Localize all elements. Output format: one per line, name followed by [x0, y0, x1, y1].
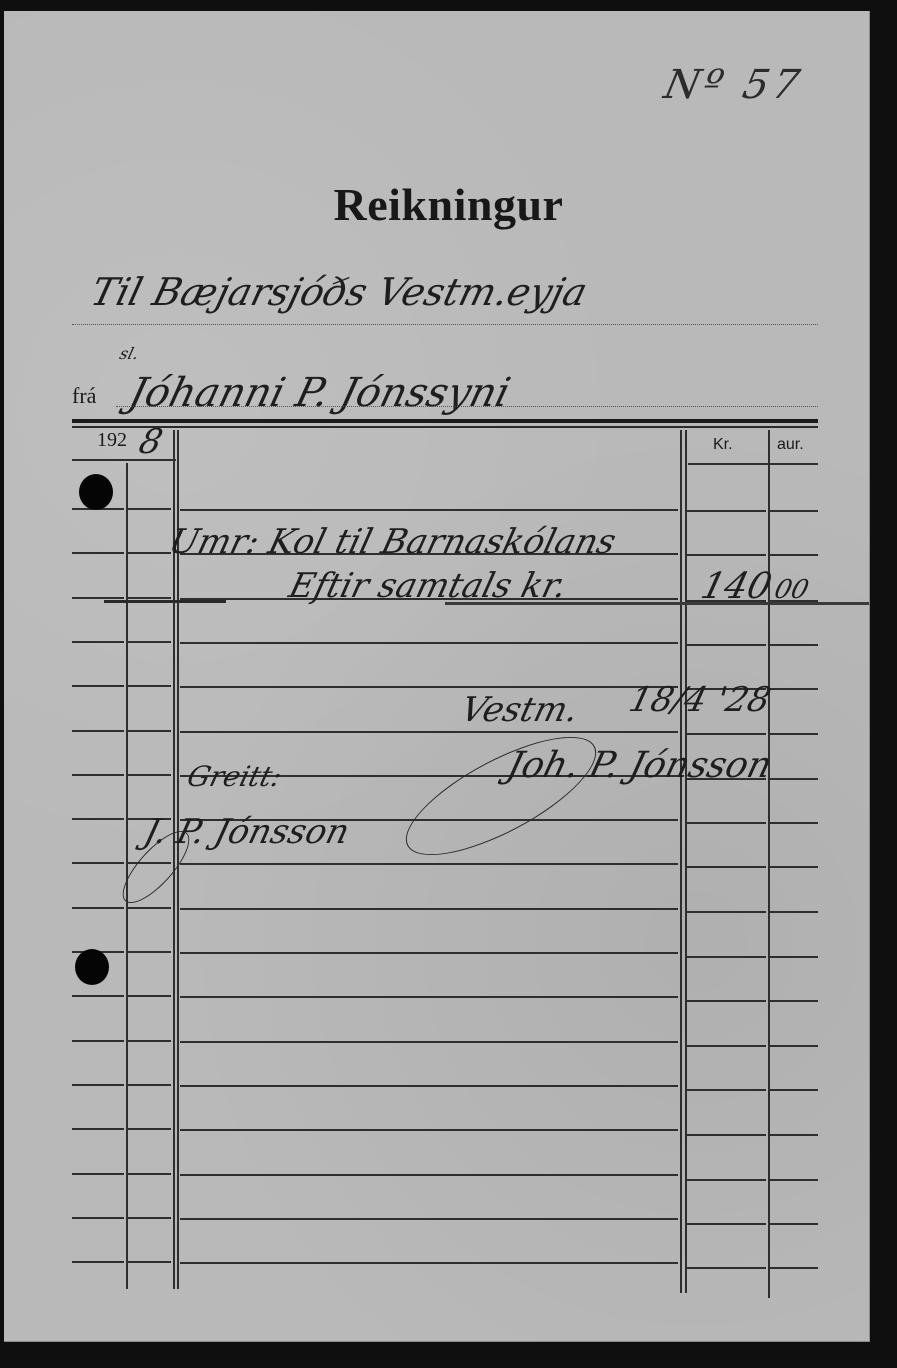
ledger-row-line: [687, 822, 766, 824]
ledger-row-line: [72, 818, 124, 820]
ledger-row-line: [687, 1223, 766, 1225]
ledger-row-line: [128, 597, 171, 599]
ledger-row-line: [72, 1040, 124, 1042]
year-underline: [72, 459, 176, 461]
ledger-row-line: [128, 552, 171, 554]
ledger-row-line: [770, 733, 818, 735]
ledger-row-line: [770, 778, 818, 780]
column-header-kr: Kr.: [713, 436, 733, 454]
page-title: Reikningur: [0, 178, 897, 231]
ledger-row-line: [72, 1128, 124, 1130]
ledger-row-line: [687, 644, 766, 646]
invoice-number: Nº 57: [660, 62, 807, 108]
ledger-row-line: [72, 597, 124, 599]
ledger-row-line: [128, 774, 171, 776]
ledger-row-line: [770, 644, 818, 646]
ledger-row-line: [180, 1218, 678, 1220]
year-printed: 192: [97, 429, 127, 452]
ledger-row-line: [72, 907, 124, 909]
ledger-row-line: [770, 1267, 818, 1269]
header-heavy-rule: [72, 419, 818, 423]
header-thin-rule: [72, 426, 818, 428]
receipt-label: Greitt:: [184, 760, 285, 793]
ledger-row-line: [180, 509, 678, 511]
ledger-row-line: [128, 641, 171, 643]
ledger-row-line: [770, 1223, 818, 1225]
line-item-description-1: Umr: Kol til Barnaskólans: [165, 522, 620, 562]
ledger-row-line: [180, 1041, 678, 1043]
ledger-row-line: [180, 952, 678, 954]
ledger-row-line: [687, 1134, 766, 1136]
ledger-row-line: [128, 951, 171, 953]
ledger-row-line: [128, 1173, 171, 1175]
from-name: Jóhanni P. Jónssyni: [124, 370, 515, 416]
from-dotted-rule: [116, 406, 818, 407]
ledger-row-line: [687, 1089, 766, 1091]
ledger-row-line: [72, 1084, 124, 1086]
ledger-row-line: [687, 956, 766, 958]
punch-hole-bottom: [75, 949, 109, 985]
line-item-description-2: Eftir samtals kr.: [285, 566, 571, 606]
ledger-row-line: [128, 1217, 171, 1219]
ledger-row-line: [770, 688, 818, 690]
total-underline-right: [445, 602, 869, 605]
ledger-row-line: [128, 995, 171, 997]
column-header-underline: [688, 463, 818, 465]
ledger-row-line: [128, 1084, 171, 1086]
ledger-row-line: [180, 996, 678, 998]
ledger-row-line: [770, 510, 818, 512]
ledger-row-line: [72, 685, 124, 687]
ledger-row-line: [72, 552, 124, 554]
ledger-row-line: [180, 1174, 678, 1176]
ledger-row-line: [72, 995, 124, 997]
kr-aur-divider-rule: [768, 430, 770, 1298]
ledger-row-line: [687, 1267, 766, 1269]
ledger-row-line: [72, 641, 124, 643]
ledger-row-line: [72, 1217, 124, 1219]
ledger-row-line: [180, 642, 678, 644]
ledger-row-line: [128, 685, 171, 687]
ledger-row-line: [180, 686, 678, 688]
ledger-row-line: [770, 911, 818, 913]
ledger-row-line: [687, 1045, 766, 1047]
ledger-row-line: [128, 1261, 171, 1263]
ledger-row-line: [770, 1179, 818, 1181]
line-item-kr: 140: [697, 566, 776, 607]
ledger-row-line: [770, 1045, 818, 1047]
ledger-row-line: [72, 1261, 124, 1263]
ledger-row-line: [180, 1262, 678, 1264]
ledger-row-line: [128, 730, 171, 732]
ledger-row-line: [687, 733, 766, 735]
amount-left-rule-a: [680, 430, 682, 1293]
recipient-dotted-rule: [72, 324, 818, 325]
ledger-row-line: [128, 907, 171, 909]
place: Vestm.: [457, 690, 583, 730]
ledger-row-line: [180, 1129, 678, 1131]
ledger-row-line: [770, 1134, 818, 1136]
recipient-line: Til Bæjarsjóðs Vestm.eyja: [87, 270, 592, 314]
ledger-row-line: [180, 863, 678, 865]
ledger-row-line: [687, 554, 766, 556]
ledger-row-line: [72, 774, 124, 776]
ledger-row-line: [770, 554, 818, 556]
ledger-row-line: [687, 866, 766, 868]
ledger-row-line: [180, 908, 678, 910]
total-underline-left: [104, 600, 226, 603]
ledger-row-line: [72, 730, 124, 732]
ledger-row-line: [180, 1085, 678, 1087]
column-header-aur: aur.: [777, 436, 804, 454]
amount-left-rule-b: [685, 430, 687, 1293]
ledger-row-line: [72, 1173, 124, 1175]
date: 18/4 '28: [625, 680, 775, 720]
ledger-row-line: [128, 508, 171, 510]
ledger-row-line: [770, 956, 818, 958]
ledger-row-line: [770, 1089, 818, 1091]
ledger-row-line: [72, 862, 124, 864]
ledger-row-line: [128, 1040, 171, 1042]
ledger-row-line: [770, 1000, 818, 1002]
ledger-row-line: [180, 731, 678, 733]
punch-hole-top: [79, 474, 113, 510]
from-label: frá: [72, 383, 96, 409]
ledger-row-line: [770, 822, 818, 824]
ledger-row-line: [687, 510, 766, 512]
ledger-row-line: [687, 1179, 766, 1181]
ledger-row-line: [770, 866, 818, 868]
ledger-row-line: [687, 911, 766, 913]
ledger-row-line: [128, 1128, 171, 1130]
ledger-row-line: [687, 1000, 766, 1002]
